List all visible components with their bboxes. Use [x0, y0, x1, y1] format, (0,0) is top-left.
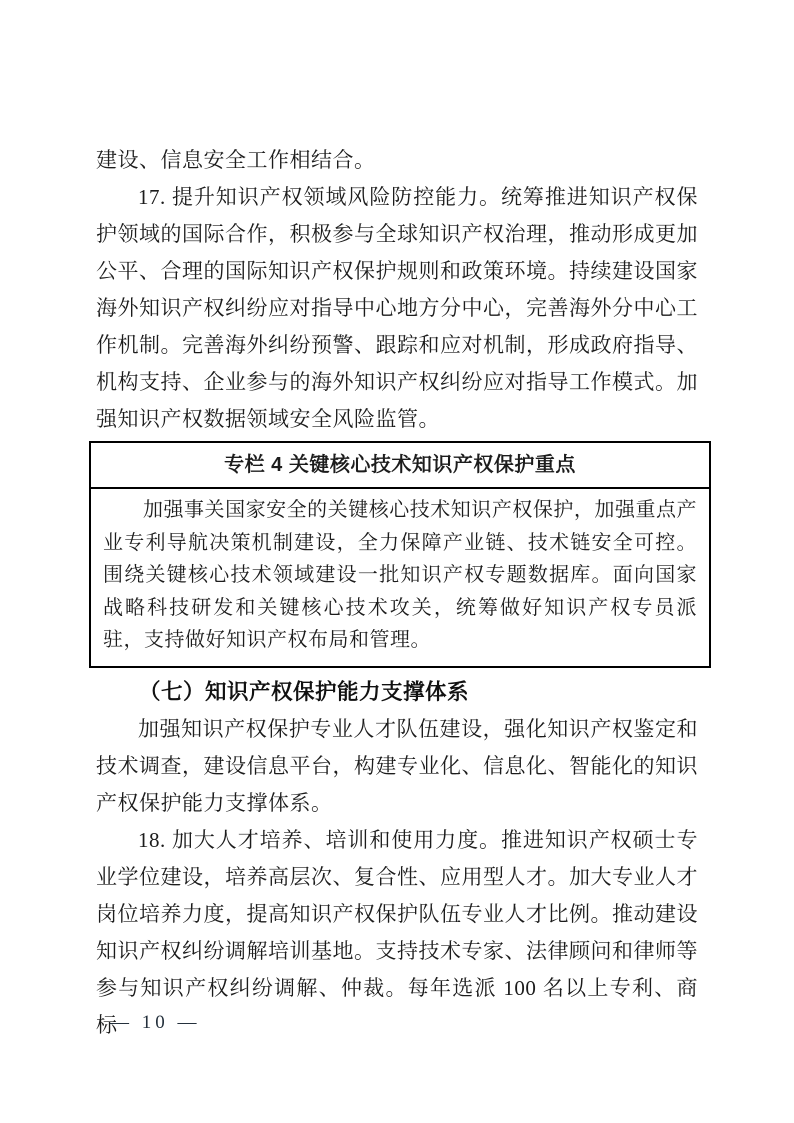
paragraph-continuation: 建设、信息安全工作相结合。: [96, 142, 698, 179]
page-number: — 10 —: [110, 1012, 201, 1034]
callout-box-title: 专栏 4 关键核心技术知识产权保护重点: [91, 443, 709, 489]
callout-box-body: 加强事关国家安全的关键核心技术知识产权保护，加强重点产业专利导航决策机制建设，全…: [91, 489, 709, 666]
callout-box-4: 专栏 4 关键核心技术知识产权保护重点 加强事关国家安全的关键核心技术知识产权保…: [89, 441, 711, 668]
page-body: 建设、信息安全工作相结合。 17. 提升知识产权领域风险防控能力。统筹推进知识产…: [96, 142, 698, 1044]
document-page: 建设、信息安全工作相结合。 17. 提升知识产权领域风险防控能力。统筹推进知识产…: [0, 0, 794, 1123]
paragraph-support-system: 加强知识产权保护专业人才队伍建设，强化知识产权鉴定和技术调查，建设信息平台，构建…: [96, 711, 698, 822]
paragraph-18: 18. 加大人才培养、培训和使用力度。推进知识产权硕士专业学位建设，培养高层次、…: [96, 822, 698, 1044]
paragraph-17: 17. 提升知识产权领域风险防控能力。统筹推进知识产权保护领域的国际合作，积极参…: [96, 179, 698, 438]
section-heading-7: （七）知识产权保护能力支撑体系: [96, 675, 698, 709]
